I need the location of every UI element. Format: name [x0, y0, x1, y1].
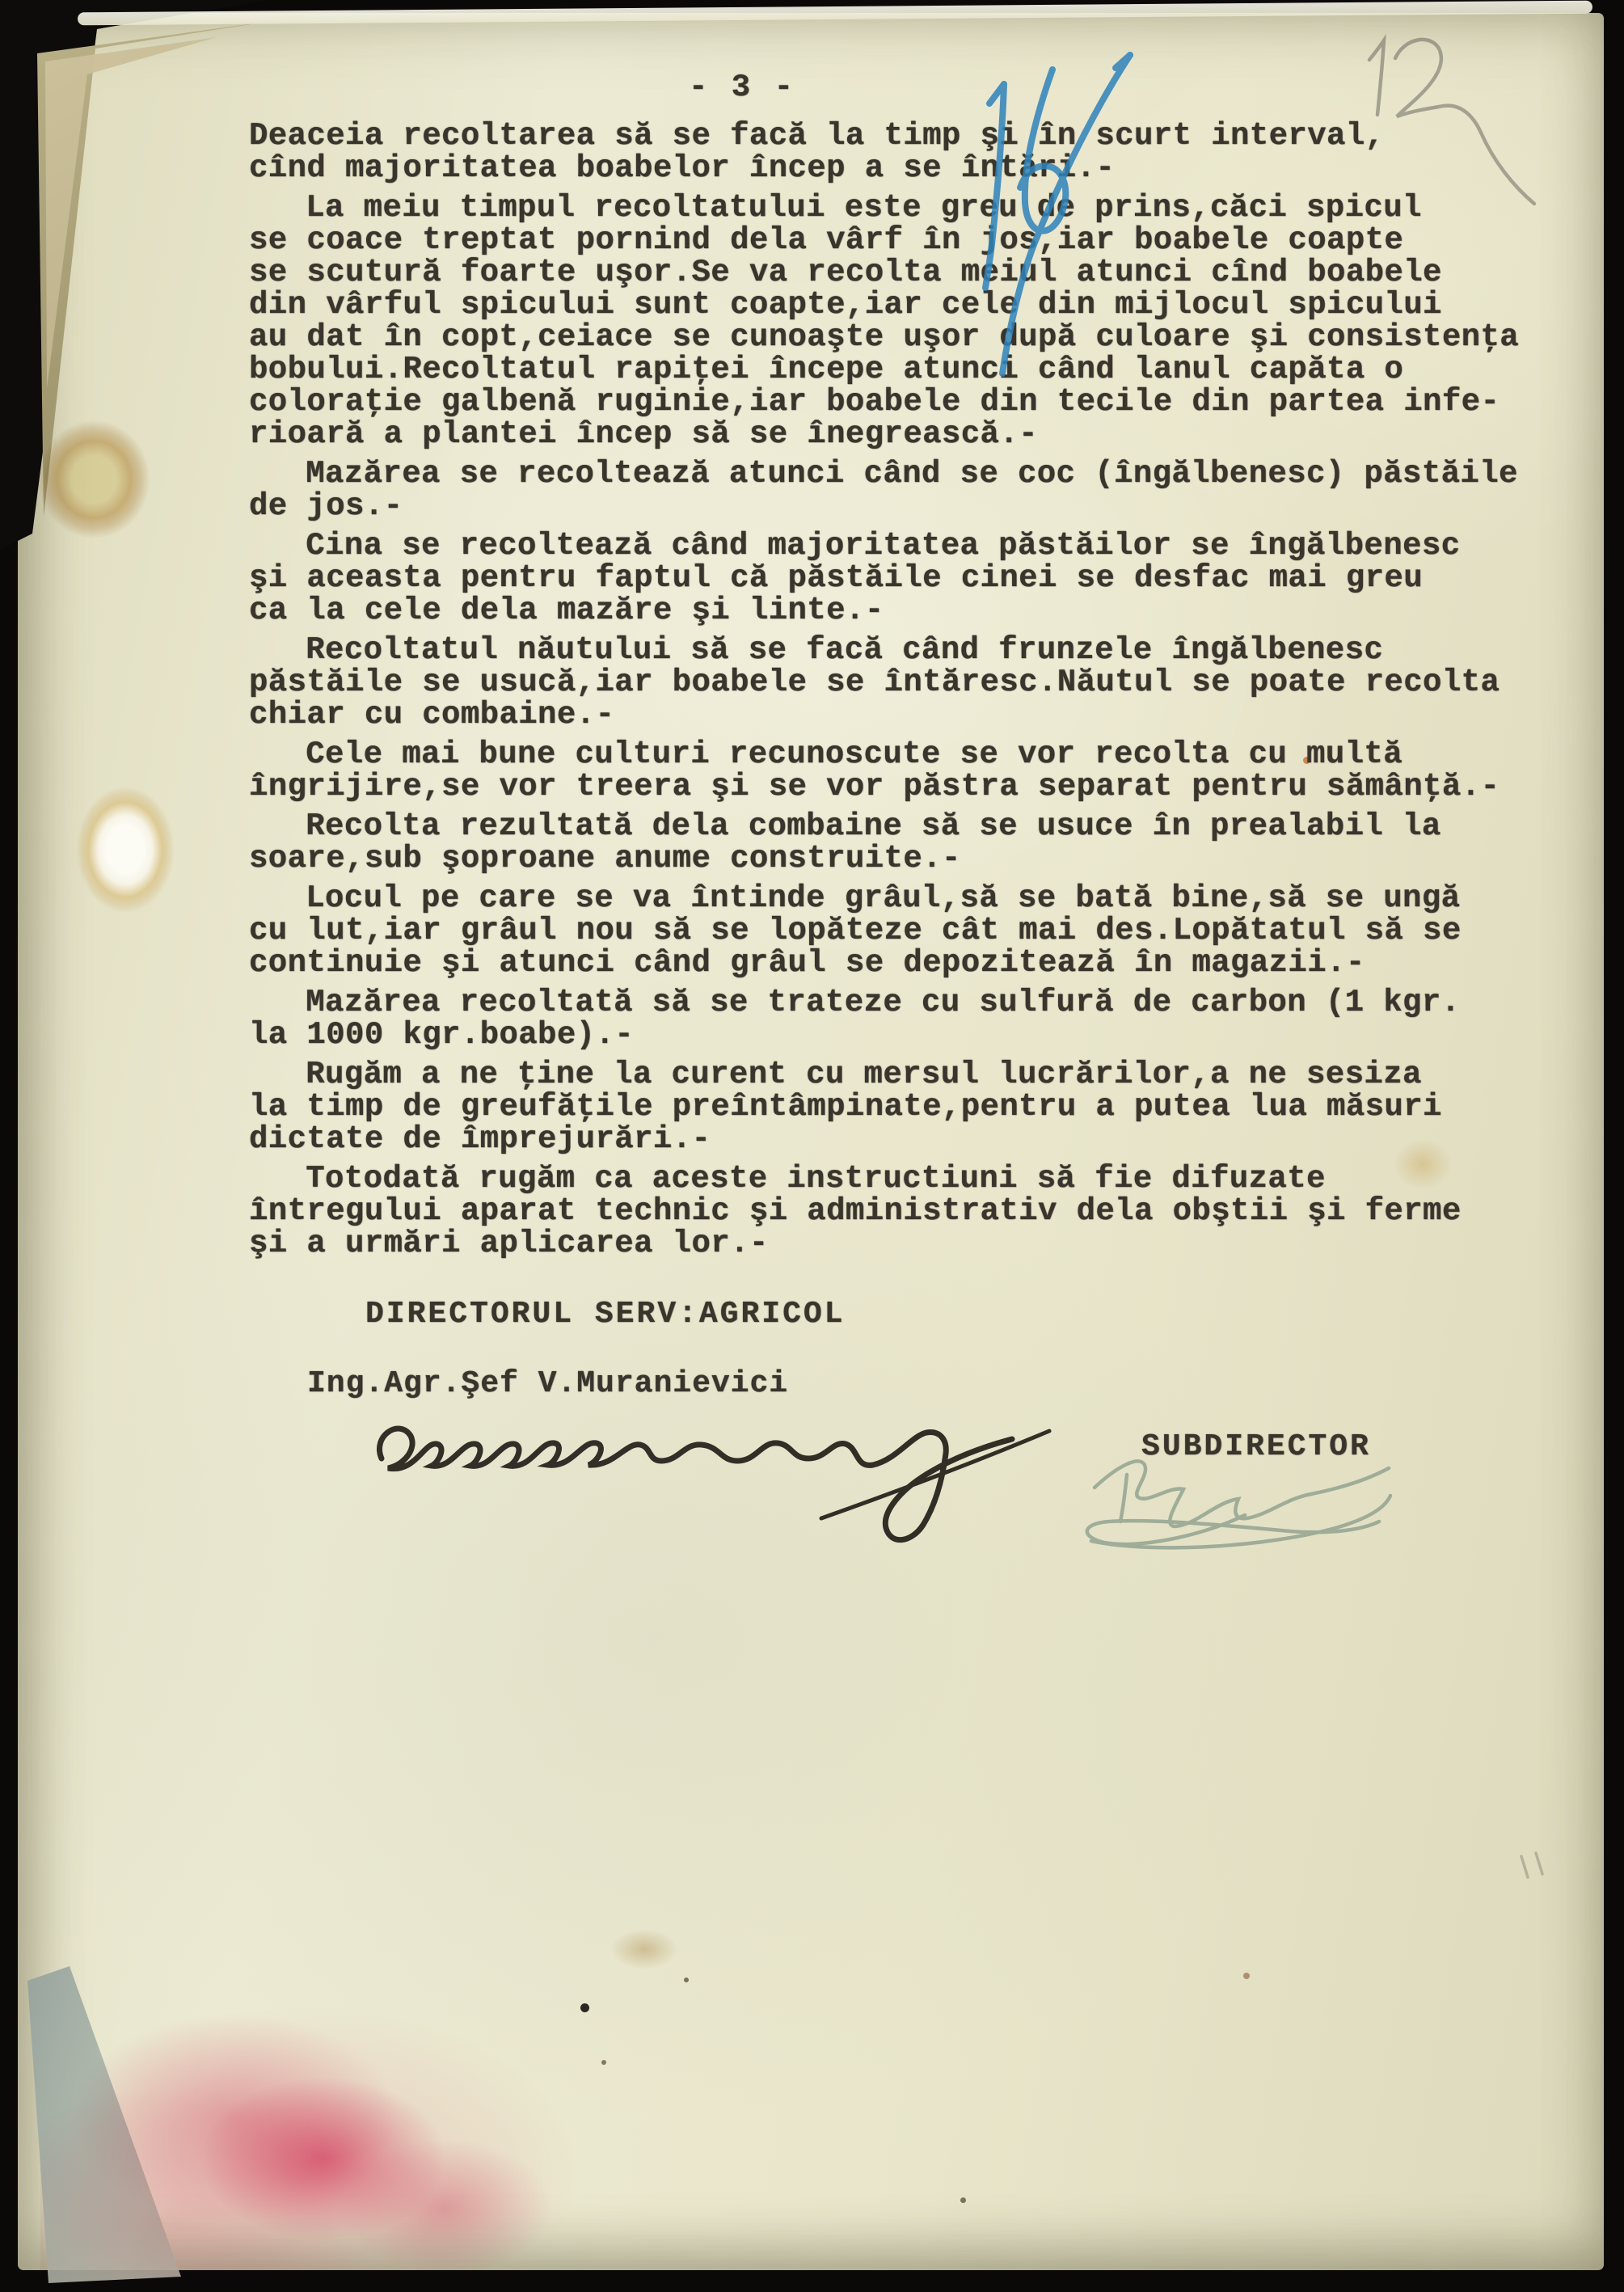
document-line: Recoltatul năutului să se facă când frun…: [249, 634, 1575, 666]
paragraph: Deaceia recoltarea să se facă la timp şi…: [249, 120, 1575, 184]
document-line: păstăile se usucă,iar boabele se întăres…: [249, 666, 1575, 699]
paragraph: Mazărea se recoltează atunci când se coc…: [249, 458, 1575, 522]
document-line: dictate de împrejurări.-: [249, 1123, 1575, 1155]
document-line: Totodată rugăm ca aceste instructiuni să…: [249, 1163, 1575, 1195]
document-line: continuie şi atunci când grâul se depozi…: [249, 947, 1575, 979]
document-line: şi a urmări aplicarea lor.-: [249, 1227, 1575, 1260]
document-line: au dat în copt,ceiace se cunoaşte uşor d…: [249, 321, 1575, 353]
document-line: întregului aparat technic şi administrat…: [249, 1195, 1575, 1227]
ink-speck: [580, 2003, 589, 2012]
director-title: DIRECTORUL SERV:AGRICOL: [365, 1297, 846, 1332]
document-line: din vârful spicului sunt coapte,iar cele…: [249, 289, 1575, 321]
document-line: soare,sub şoproane anume construite.-: [249, 842, 1575, 875]
ink-speck: [684, 1978, 689, 1982]
paragraph: Rugăm a ne ţine la curent cu mersul lucr…: [249, 1058, 1575, 1155]
ink-speck: [601, 2060, 606, 2065]
paragraph: Recoltatul năutului să se facă când frun…: [249, 634, 1575, 731]
document-line: rioară a plantei încep să se înegrească.…: [249, 418, 1575, 450]
document-line: Recolta rezultată dela combaine să se us…: [249, 810, 1575, 842]
paragraph: La meiu timpul recoltatului este greu de…: [249, 192, 1575, 450]
rust-speck: [1243, 1973, 1250, 1979]
paragraph: Cele mai bune culturi recunoscute se vor…: [249, 738, 1575, 803]
document-line: la timp de greufăţile preîntâmpinate,pen…: [249, 1091, 1575, 1123]
paragraph: Recolta rezultată dela combaine să se us…: [249, 810, 1575, 875]
document-line: se scutură foarte uşor.Se va recolta mei…: [249, 256, 1575, 289]
document-line: chiar cu combaine.-: [249, 699, 1575, 731]
ink-speck: [960, 2197, 966, 2203]
document-line: Deaceia recoltarea să se facă la timp şi…: [249, 120, 1575, 152]
document-line: la 1000 kgr.boabe).-: [249, 1019, 1575, 1051]
paragraph: Totodată rugăm ca aceste instructiuni să…: [249, 1163, 1575, 1260]
typed-body: Deaceia recoltarea să se facă la timp şi…: [249, 120, 1575, 1267]
document-line: Mazărea recoltată să se trateze cu sulfu…: [249, 986, 1575, 1019]
document-line: ca la cele dela mazăre şi linte.-: [249, 594, 1575, 627]
document-line: cînd majoritatea boabelor încep a se înt…: [249, 152, 1575, 184]
document-line: La meiu timpul recoltatului este greu de…: [249, 192, 1575, 224]
document-line: Cina se recoltează când majoritatea păst…: [249, 530, 1575, 562]
document-line: de jos.-: [249, 490, 1575, 522]
paragraph: Locul pe care se va întinde grâul,să se …: [249, 882, 1575, 979]
page-number: - 3 -: [689, 70, 795, 105]
document-line: bobului.Recoltatul rapiţei începe atunci…: [249, 353, 1575, 386]
document-line: se coace treptat pornind dela vârf în jo…: [249, 224, 1575, 256]
document-line: îngrijire,se vor treera şi se vor păstra…: [249, 770, 1575, 803]
document-line: Locul pe care se va întinde grâul,să se …: [249, 882, 1575, 914]
document-line: coloraţie galbenă ruginie,iar boabele di…: [249, 386, 1575, 418]
scanned-document: - 3 - Deaceia recoltarea să se facă la t…: [0, 0, 1624, 2292]
subdirector-title: SUBDIRECTOR: [1141, 1429, 1371, 1464]
document-line: Cele mai bune culturi recunoscute se vor…: [249, 738, 1575, 770]
document-line: Rugăm a ne ţine la curent cu mersul lucr…: [249, 1058, 1575, 1091]
document-line: cu lut,iar grâul nou să se lopăteze cât …: [249, 914, 1575, 947]
document-line: Mazărea se recoltează atunci când se coc…: [249, 458, 1575, 490]
paragraph: Mazărea recoltată să se trateze cu sulfu…: [249, 986, 1575, 1051]
director-name: Ing.Agr.Şef V.Muranievici: [307, 1366, 788, 1401]
paragraph: Cina se recoltează când majoritatea păst…: [249, 530, 1575, 627]
document-line: şi aceasta pentru faptul că păstăile cin…: [249, 562, 1575, 594]
